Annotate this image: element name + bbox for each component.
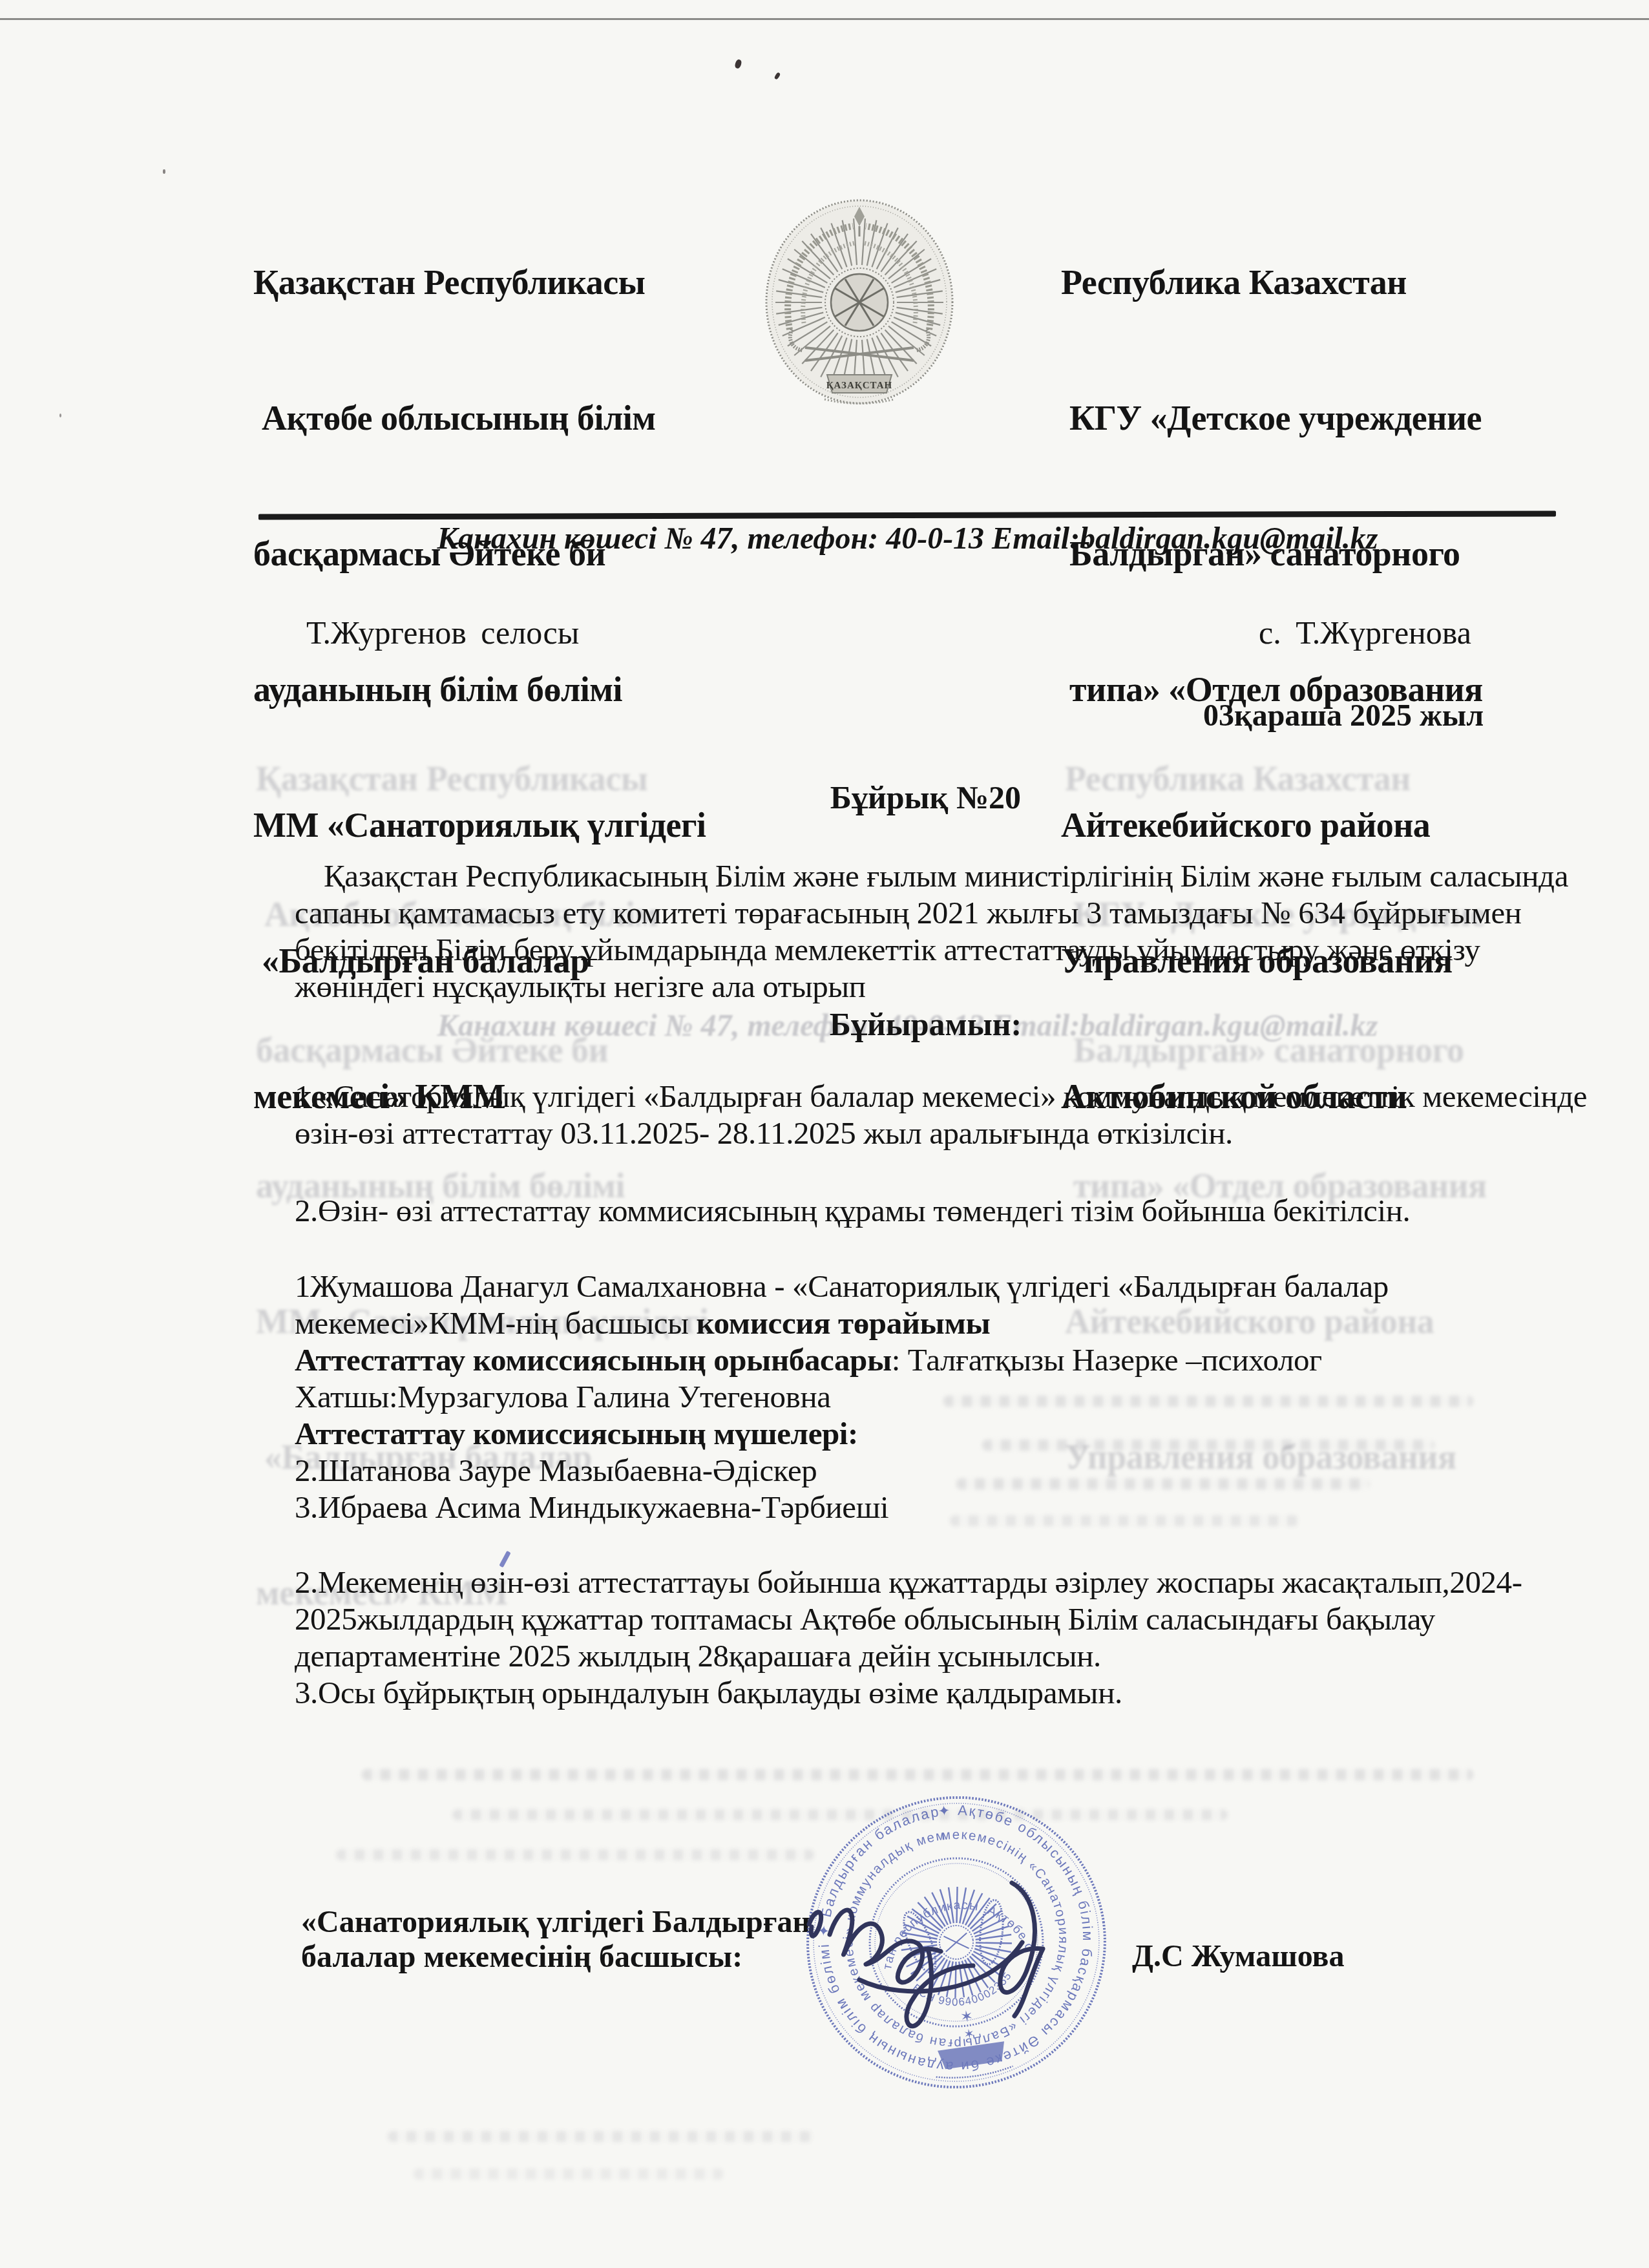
place-left: Т.Жургенов селосы <box>306 614 579 651</box>
stamp-inner-top-text: Қазақстан республикасы, Ақтөбе облысы <box>872 1888 1037 1973</box>
commission-chair-title: комиссия төрайымы <box>696 1305 990 1341</box>
scanned-order-document: Қазақстан Республикасы Ақтөбе облысының … <box>0 0 1649 2268</box>
resolve-word: Бұйырамын: <box>278 1005 1573 1043</box>
commission-deputy: Аттестаттау комиссиясының орынбасары: Та… <box>295 1341 1590 1378</box>
order-title: Бұйрық №20 <box>278 779 1573 816</box>
commission-block: 1Жумашова Данагул Самалхановна - «Санато… <box>295 1268 1590 1526</box>
stamp-ink: ✦ Ақтөбе облысының білім басқармасы Әйте… <box>789 1778 1124 2106</box>
letterhead-russian-line: Республика Казахстан <box>1061 260 1565 305</box>
dust-speck <box>734 59 742 69</box>
contact-line: Канахин көшесі № 47, телефон: 40-0-13 Em… <box>260 521 1555 556</box>
letterhead-kazakh-line: ауданының білім бөлімі <box>253 667 777 712</box>
stamp-star: ✶ <box>960 2008 975 2027</box>
signatory-name: Д.С Жумашова <box>1132 1938 1344 1974</box>
order-item-2: 2.Өзін- өзі аттестаттау коммисиясының құ… <box>295 1192 1590 1229</box>
emblem-country-label: ҚАЗАҚСТАН <box>826 381 893 391</box>
commission-secretary: Хатшы:Мурзагулова Галина Утегеновна <box>295 1378 1590 1415</box>
dust-speck <box>774 72 781 80</box>
commission-members-heading: Аттестаттау комиссиясының мүшелері: <box>295 1415 1590 1452</box>
scan-edge-line <box>0 18 1649 20</box>
dust-speck <box>163 169 165 174</box>
kazakhstan-emblem-icon: ҚАЗАҚСТАН <box>762 194 956 410</box>
closing-paragraph: 2.Мекеменің өзін-өзі аттестаттауы бойынш… <box>295 1564 1548 1674</box>
letterhead-kazakh-line: Ақтөбе облысының білім <box>253 395 777 441</box>
commission-deputy-name: : Талғатқызы Назерке –психолог <box>892 1342 1322 1378</box>
commission-member: 2.Шатанова Зауре Мазыбаевна-Әдіскер <box>295 1452 1590 1489</box>
stamp-star: ✶ <box>963 2027 976 2042</box>
bleed-smudge <box>362 1769 1473 1780</box>
letterhead-kazakh-line: Қазақстан Республикасы <box>253 260 777 305</box>
closing-block: 2.Мекеменің өзін-өзі аттестаттауы бойынш… <box>295 1564 1548 1711</box>
place-right: с. Т.Жүргенова <box>1259 614 1471 651</box>
dust-speck <box>59 414 61 417</box>
official-stamp: ✦ Ақтөбе облысының білім басқармасы Әйте… <box>800 1789 1113 2096</box>
letterhead-russian: Республика Казахстан КГУ «Детское учрежд… <box>1061 169 1565 1210</box>
commission-deputy-label: Аттестаттау комиссиясының орынбасары <box>295 1342 892 1378</box>
letterhead-kazakh: Қазақстан Республикасы Ақтөбе облысының … <box>253 169 777 1210</box>
commission-member: 3.Ибраева Асима Миндыкужаевна-Тәрбиеші <box>295 1489 1590 1526</box>
order-date: 03қараша 2025 жыл <box>1203 698 1484 733</box>
bleed-smudge <box>414 2168 724 2179</box>
commission-chair: 1Жумашова Данагул Самалхановна - «Санато… <box>295 1268 1590 1341</box>
svg-text:Қазақстан республикасы, Ақтөбе: Қазақстан республикасы, Ақтөбе облысы <box>872 1888 1037 1973</box>
letterhead-russian-line: КГУ «Детское учреждение <box>1061 395 1565 441</box>
closing-line: 3.Осы бұйрықтың орындалуын бақылауды өзі… <box>295 1674 1548 1711</box>
order-preamble: Қазақстан Республикасының Білім және ғыл… <box>295 857 1590 1005</box>
bleed-smudge <box>336 1849 814 1860</box>
bleed-smudge <box>388 2131 814 2142</box>
order-item-1: 1.«Санаториялық үлгідегі «Балдырған бала… <box>295 1078 1590 1151</box>
